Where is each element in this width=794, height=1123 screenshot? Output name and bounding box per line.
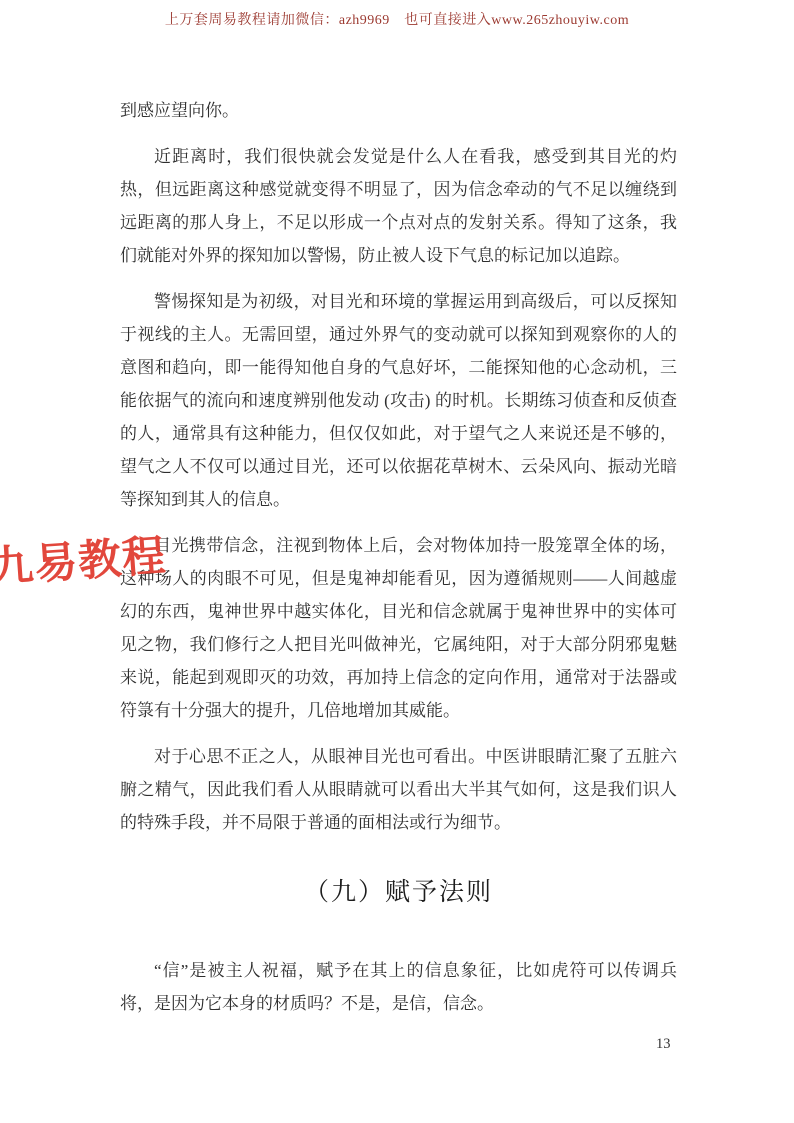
section-heading: （九）赋予法则: [120, 876, 677, 910]
page-number: 13: [656, 1036, 671, 1053]
paragraph: 对于心思不正之人，从眼神目光也可看出。中医讲眼睛汇聚了五脏六腑之精气，因此我们看…: [120, 740, 677, 839]
page-content: 到感应望向你。 近距离时，我们很快就会发觉是什么人在看我，感受到其目光的灼热，但…: [120, 94, 677, 1033]
paragraph-continuation: 到感应望向你。: [120, 94, 677, 127]
paragraph: 目光携带信念，注视到物体上后，会对物体加持一股笼罩全体的场，这种场人的肉眼不可见…: [120, 529, 677, 727]
paragraph: 近距离时，我们很快就会发觉是什么人在看我，感受到其目光的灼热，但远距离这种感觉就…: [120, 140, 677, 272]
promo-header-text: 上万套周易教程请加微信：azh9969 也可直接进入www.265zhouyiw…: [0, 9, 794, 29]
paragraph: “信”是被主人祝福，赋予在其上的信息象征，比如虎符可以传调兵将，是因为它本身的材…: [120, 954, 677, 1020]
document-page: 上万套周易教程请加微信：azh9969 也可直接进入www.265zhouyiw…: [0, 0, 794, 1123]
paragraph: 警惕探知是为初级，对目光和环境的掌握运用到高级后，可以反探知于视线的主人。无需回…: [120, 285, 677, 516]
watermark: 九易教程: [0, 522, 168, 595]
